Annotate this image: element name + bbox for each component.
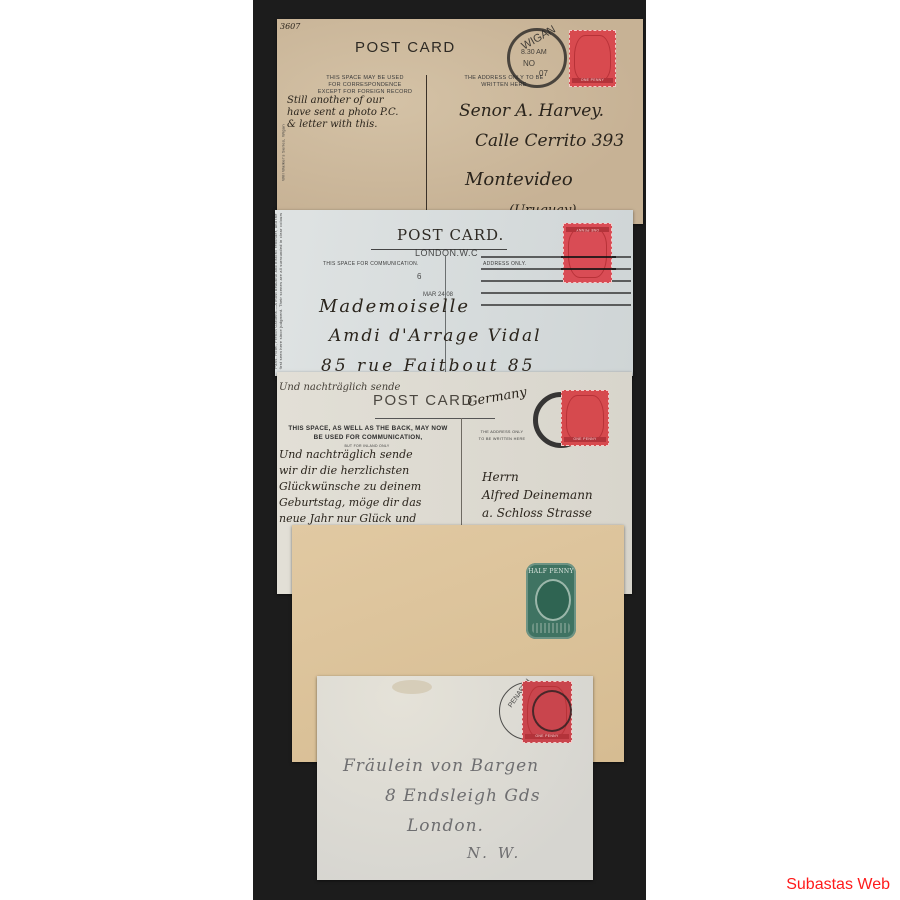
overwritten-note: Und nachträglich sende bbox=[279, 382, 400, 393]
postcard-wigan: 3607 POST CARD THIS SPACE MAY BE USED FO… bbox=[277, 19, 643, 224]
postcard-title: POST CARD. bbox=[397, 226, 504, 244]
address-line-1: Mademoiselle bbox=[319, 296, 470, 317]
title-rule bbox=[375, 418, 495, 419]
message-line-4: Geburtstag, möge dir das bbox=[279, 496, 421, 509]
postmark-year: 07 bbox=[539, 69, 548, 78]
stamp-portrait-frame bbox=[566, 395, 604, 441]
address-line-2: 8 Endsleigh Gds bbox=[385, 786, 541, 806]
address-line-2: Amdi d'Arrage Vidal bbox=[329, 326, 542, 346]
divider-line bbox=[426, 75, 427, 224]
stamp-portrait-frame bbox=[568, 228, 607, 278]
address-heading: THE ADDRESS ONLY TO BE WRITTEN HERE bbox=[467, 429, 537, 443]
stamp-value-label: HALF PENNY bbox=[526, 568, 576, 575]
postcard-title: POST CARD bbox=[355, 39, 456, 56]
watermark: Subastas Web bbox=[786, 876, 890, 894]
destination-note: Germany bbox=[466, 385, 528, 410]
postmark-town: LONDON.W.C bbox=[415, 248, 478, 258]
postmark-inner-ring bbox=[532, 690, 572, 732]
address-line-1: Fräulein von Bargen bbox=[343, 756, 539, 776]
stamp-ornament bbox=[532, 623, 570, 633]
stamp-value-band: ONE PENNY bbox=[525, 734, 569, 739]
communication-heading: THIS SPACE FOR COMMUNICATION. bbox=[323, 261, 419, 268]
stamp-portrait-frame bbox=[574, 35, 611, 82]
stamp-one-penny: ONE PENNY bbox=[569, 30, 616, 87]
divider-line bbox=[461, 418, 462, 528]
address-line-1: Herrn bbox=[482, 470, 519, 484]
queen-portrait-icon bbox=[535, 579, 571, 621]
stamp-one-penny: ONE PENNY bbox=[561, 390, 609, 446]
postcard-london: Paris. Hotel, French Gardens.—A most bea… bbox=[275, 210, 633, 376]
address-line-1: Senor A. Harvey. bbox=[459, 101, 604, 121]
message-line-2: wir dir die herzlichsten bbox=[279, 464, 409, 477]
address-line-3: London. bbox=[407, 816, 484, 836]
stamp-value-band: ONE PENNY bbox=[566, 227, 609, 232]
stamp-one-penny-inverted: ONE PENNY bbox=[563, 223, 612, 283]
side-imprint: Paris. Hotel, French Gardens.—A most bea… bbox=[275, 211, 296, 371]
embossed-stamp-half-penny: HALF PENNY bbox=[526, 563, 576, 639]
stamp-value-band: ONE PENNY bbox=[564, 437, 606, 442]
machine-cancel-line bbox=[481, 304, 631, 306]
address-line-3: a. Schloss Strasse bbox=[482, 506, 592, 520]
envelope-stain bbox=[392, 680, 432, 694]
postmark-number: 6 bbox=[417, 272, 421, 281]
stamp-value-band: ONE PENNY bbox=[572, 78, 613, 83]
machine-cancel-over-stamp bbox=[561, 256, 616, 258]
message-line-3: & letter with this. bbox=[287, 119, 377, 130]
postmark-date: NO bbox=[523, 59, 535, 68]
corner-note: 3607 bbox=[280, 22, 300, 31]
postmark-time: 8.30 AM bbox=[521, 49, 547, 56]
postcard-title: POST CARD bbox=[373, 392, 474, 409]
message-line-2: have sent a photo P.C. bbox=[287, 107, 398, 118]
address-line-3: Montevideo bbox=[465, 169, 573, 190]
communication-heading: THIS SPACE, AS WELL AS THE BACK, MAY NOW… bbox=[277, 424, 459, 442]
address-line-2: Alfred Deinemann bbox=[482, 488, 593, 502]
message-line-1: Still another of our bbox=[287, 95, 384, 106]
correspondence-heading: THIS SPACE MAY BE USED FOR CORRESPONDENC… bbox=[305, 75, 425, 96]
address-heading: ADDRESS ONLY. bbox=[483, 261, 526, 268]
message-line-3: Glückwünsche zu deinem bbox=[279, 480, 421, 493]
side-imprint: Will Walker's Series, Wigan bbox=[280, 103, 287, 203]
message-line-1: Und nachträglich sende bbox=[279, 448, 413, 461]
address-line-4: N. W. bbox=[467, 844, 521, 862]
machine-cancel-over-stamp bbox=[561, 268, 616, 270]
envelope-penarth: PENARTH ONE PENNY Fräulein von Bargen 8 … bbox=[317, 676, 593, 880]
machine-cancel-line bbox=[481, 292, 631, 294]
address-line-2: Calle Cerrito 393 bbox=[475, 131, 624, 151]
message-line-5: neue Jahr nur Glück und bbox=[279, 512, 416, 525]
